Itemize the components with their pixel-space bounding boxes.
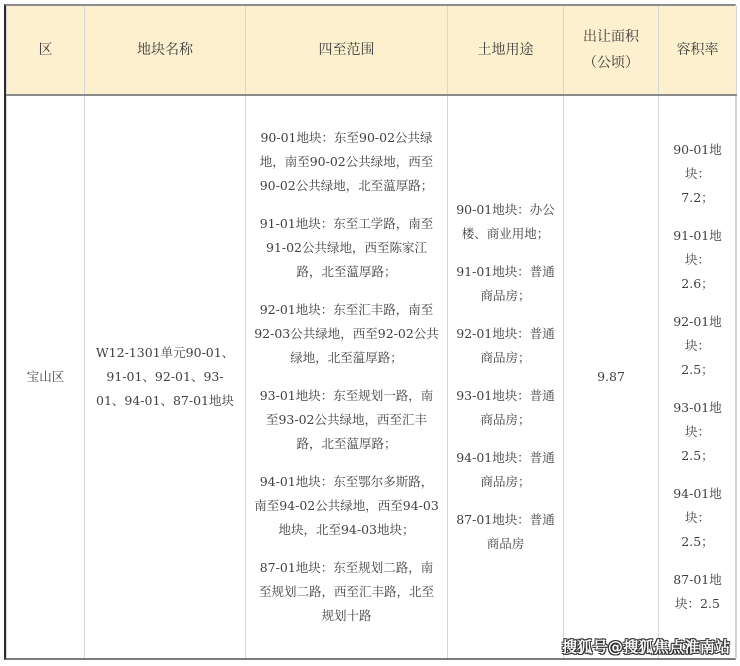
land-use-92-01: 92-01地块：普通商品房；: [456, 322, 555, 370]
header-area-label: 出让面积（公顷）: [564, 24, 658, 76]
boundary-91-01: 91-01地块：东至工学路，南至91-02公共绿地，西至陈家江路，北至蕰厚路；: [254, 212, 439, 284]
watermark-text: 搜狐号@搜狐焦点淮南站: [562, 636, 730, 657]
cell-land-use: 90-01地块：办公楼、商业用地； 91-01地块：普通商品房； 92-01地块…: [448, 95, 564, 658]
far-87-01: 87-01地块：2.5: [669, 568, 726, 616]
cell-area: 9.87: [564, 95, 659, 658]
land-parcel-table-frame: 区 地块名称 四至范围 土地用途 出让面积（公顷） 容积率 宝山区 W12-13…: [4, 4, 736, 660]
header-district: 区: [7, 6, 85, 95]
cell-boundaries: 90-01地块：东至90-02公共绿地，南至90-02公共绿地，西至90-02公…: [246, 95, 448, 658]
land-use-87-01: 87-01地块：普通商品房: [456, 508, 555, 556]
parcel-name-text: W12-1301单元90-01、91-01、92-01、93-01、94-01、…: [85, 341, 245, 413]
header-parcel-name: 地块名称: [85, 6, 246, 95]
cell-far: 90-01地块：7.2； 91-01地块：2.6； 92-01地块：2.5； 9…: [659, 95, 737, 658]
far-92-01: 92-01地块：2.5；: [669, 310, 726, 382]
header-far: 容积率: [659, 6, 737, 95]
far-94-01: 94-01地块：2.5；: [669, 482, 726, 554]
header-row: 区 地块名称 四至范围 土地用途 出让面积（公顷） 容积率: [7, 6, 737, 95]
header-boundaries: 四至范围: [246, 6, 448, 95]
header-area: 出让面积（公顷）: [564, 6, 659, 95]
cell-district: 宝山区: [7, 95, 85, 658]
far-91-01: 91-01地块：2.6；: [669, 224, 726, 296]
boundary-93-01: 93-01地块：东至规划一路，南至93-02公共绿地，西至汇丰路，北至蕰厚路；: [254, 384, 439, 456]
land-use-94-01: 94-01地块：普通商品房；: [456, 446, 555, 494]
boundary-92-01: 92-01地块：东至汇丰路，南至92-03公共绿地，西至92-02公共绿地，北至…: [254, 298, 439, 370]
boundary-90-01: 90-01地块：东至90-02公共绿地，南至90-02公共绿地，西至90-02公…: [254, 126, 439, 198]
far-90-01: 90-01地块：7.2；: [669, 138, 726, 210]
land-parcel-table: 区 地块名称 四至范围 土地用途 出让面积（公顷） 容积率 宝山区 W12-13…: [6, 6, 737, 658]
land-use-91-01: 91-01地块：普通商品房；: [456, 260, 555, 308]
header-land-use: 土地用途: [448, 6, 564, 95]
land-use-93-01: 93-01地块：普通商品房；: [456, 384, 555, 432]
land-use-90-01: 90-01地块：办公楼、商业用地；: [456, 198, 555, 246]
boundary-94-01: 94-01地块：东至鄂尔多斯路，南至94-02公共绿地，西至94-03地块，北至…: [254, 470, 439, 542]
far-93-01: 93-01地块：2.5；: [669, 396, 726, 468]
boundary-87-01: 87-01地块：东至规划二路，南至规划二路，西至汇丰路，北至规划十路: [254, 556, 439, 628]
cell-parcel-name: W12-1301单元90-01、91-01、92-01、93-01、94-01、…: [85, 95, 246, 658]
table-row: 宝山区 W12-1301单元90-01、91-01、92-01、93-01、94…: [7, 95, 737, 658]
